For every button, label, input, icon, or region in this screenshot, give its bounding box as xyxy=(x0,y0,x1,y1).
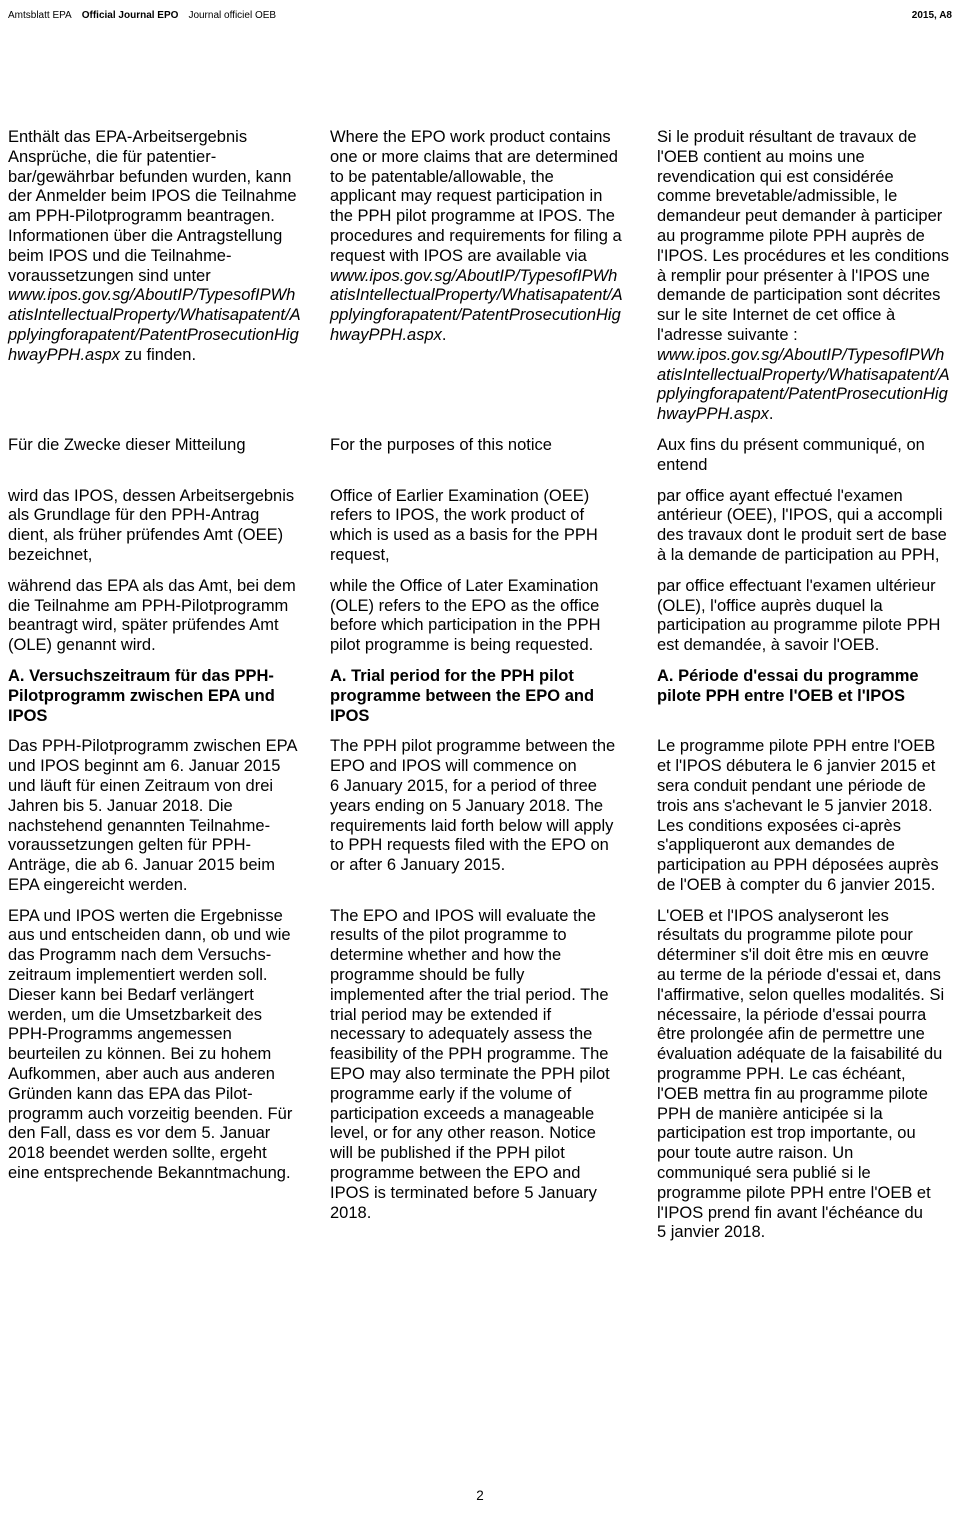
oee-definition-fr: par office ayant effectué l'examen antér… xyxy=(657,487,950,566)
evaluation-paragraph-de: EPA und IPOS werten die Ergebnisse aus u… xyxy=(8,907,330,1244)
text-run-regular: The EPO and IPOS will evaluate the resul… xyxy=(330,907,610,1222)
text-run-bold: A. Versuchszeitraum für das PPH- Pilotpr… xyxy=(8,667,275,725)
page-header: Amtsblatt EPA Official Journal EPO Journ… xyxy=(8,10,952,22)
text-run-regular: L'OEB et l'IPOS analyseront les résultat… xyxy=(657,907,944,1242)
trial-period-paragraph-en: The PPH pilot programme between the EPO … xyxy=(330,737,657,895)
text-run-regular: Aux fins du présent communiqué, on enten… xyxy=(657,436,925,474)
purpose-intro-fr: Aux fins du présent communiqué, on enten… xyxy=(657,436,950,476)
issue-label: 2015, A8 xyxy=(912,10,952,22)
text-run-regular: For the purposes of this notice xyxy=(330,436,552,454)
trial-period-paragraph-fr: Le programme pilote PPH entre l'OEB et l… xyxy=(657,737,950,895)
text-run-regular: Für die Zwecke dieser Mitteilung xyxy=(8,436,246,454)
journal-title-fr: Journal officiel OEB xyxy=(188,10,276,22)
section-a-heading-de: A. Versuchszeitraum für das PPH- Pilotpr… xyxy=(8,667,330,726)
text-run-regular: Office of Earlier Examination (OEE) refe… xyxy=(330,487,598,564)
section-a-heading-fr: A. Période d'essai du programme pilote P… xyxy=(657,667,950,726)
purpose-intro-de: Für die Zwecke dieser Mitteilung xyxy=(8,436,330,476)
text-run-regular: The PPH pilot programme between the EPO … xyxy=(330,737,615,874)
text-run-regular: Das PPH-Pilotprogramm zwischen EPA und I… xyxy=(8,737,297,894)
text-run-regular: während das EPA als das Amt, bei dem die… xyxy=(8,577,296,654)
ole-definition-de: während das EPA als das Amt, bei dem die… xyxy=(8,577,330,656)
text-run-italic: www.ipos.gov.sg/AboutIP/TypesofIPWh atis… xyxy=(657,346,950,423)
ole-definition-en: while the Office of Later Examination (O… xyxy=(330,577,657,656)
evaluation-paragraph-fr: L'OEB et l'IPOS analyseront les résultat… xyxy=(657,907,950,1244)
page-footer: 2 xyxy=(0,1488,960,1504)
text-run-regular: par office ayant effectué l'examen antér… xyxy=(657,487,947,564)
journal-title-de: Amtsblatt EPA xyxy=(8,10,72,22)
text-run-regular: EPA und IPOS werten die Ergebnisse aus u… xyxy=(8,907,292,1182)
text-run-bold: A. Trial period for the PPH pilot progra… xyxy=(330,667,594,725)
oee-definition-en: Office of Earlier Examination (OEE) refe… xyxy=(330,487,657,566)
text-run-regular: Si le produit résultant de travaux de l'… xyxy=(657,128,949,344)
text-run-regular: while the Office of Later Examination (O… xyxy=(330,577,601,654)
journal-titles: Amtsblatt EPA Official Journal EPO Journ… xyxy=(8,10,276,22)
content-grid: Enthält das EPA-Arbeitsergebnis Ansprüch… xyxy=(8,128,950,1243)
intro-paragraph-fr: Si le produit résultant de travaux de l'… xyxy=(657,128,950,425)
section-a-heading-en: A. Trial period for the PPH pilot progra… xyxy=(330,667,657,726)
text-run-bold: A. Période d'essai du programme pilote P… xyxy=(657,667,919,705)
text-run-regular: Enthält das EPA-Arbeitsergebnis Ansprüch… xyxy=(8,128,297,285)
journal-page: Amtsblatt EPA Official Journal EPO Journ… xyxy=(0,0,960,1516)
trial-period-paragraph-de: Das PPH-Pilotprogramm zwischen EPA und I… xyxy=(8,737,330,895)
text-run-regular: . xyxy=(769,405,774,423)
text-run-regular: wird das IPOS, dessen Arbeitsergebnis al… xyxy=(8,487,294,564)
oee-definition-de: wird das IPOS, dessen Arbeitsergebnis al… xyxy=(8,487,330,566)
intro-paragraph-en: Where the EPO work product contains one … xyxy=(330,128,657,425)
text-run-regular: Where the EPO work product contains one … xyxy=(330,128,622,265)
text-run-regular: Le programme pilote PPH entre l'OEB et l… xyxy=(657,737,939,894)
ole-definition-fr: par office effectuant l'examen ultérieur… xyxy=(657,577,950,656)
text-run-regular: . xyxy=(442,326,447,344)
purpose-intro-en: For the purposes of this notice xyxy=(330,436,657,476)
page-number: 2 xyxy=(476,1488,484,1503)
text-run-regular: par office effectuant l'examen ultérieur… xyxy=(657,577,940,654)
intro-paragraph-de: Enthält das EPA-Arbeitsergebnis Ansprüch… xyxy=(8,128,330,425)
text-run-regular: zu finden. xyxy=(120,346,196,364)
journal-title-en: Official Journal EPO xyxy=(82,10,179,22)
text-run-italic: www.ipos.gov.sg/AboutIP/TypesofIPWh atis… xyxy=(330,267,623,344)
evaluation-paragraph-en: The EPO and IPOS will evaluate the resul… xyxy=(330,907,657,1244)
